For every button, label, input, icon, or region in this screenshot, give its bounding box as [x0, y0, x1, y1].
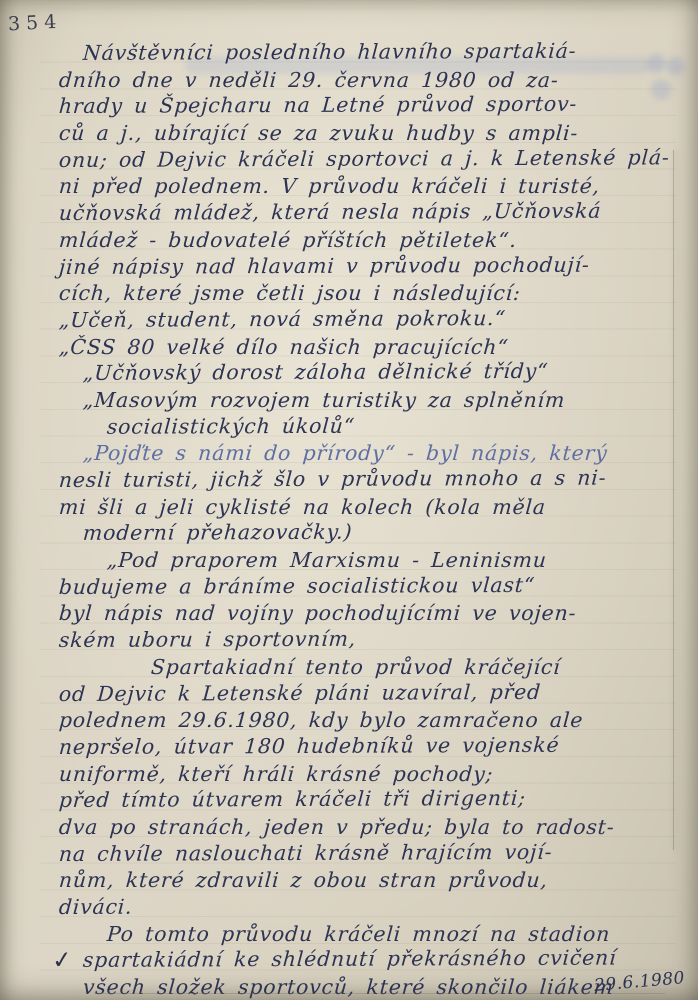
text-line: jiné nápisy nad hlavami v průvodu pochod… [58, 251, 685, 280]
text-line: „ČSS 80 velké dílo našich pracujících“ [58, 334, 685, 361]
text-line: na chvíle naslouchati krásně hrajícím vo… [58, 838, 685, 867]
text-line: nům, které zdravili z obou stran průvodu… [58, 867, 685, 894]
text-line: před tímto útvarem kráčeli tři dirigenti… [58, 785, 685, 814]
text-line: dva po stranách, jeden v předu; byla to … [58, 814, 685, 841]
check-mark: ✓ [51, 945, 74, 975]
text-line: polednem 29.6.1980, kdy bylo zamračeno a… [58, 707, 685, 734]
text-line: všech složek sportovců, které skončilo l… [58, 974, 685, 1000]
text-line: byl nápis nad vojíny pochodujícími ve vo… [58, 600, 685, 627]
text-line: ni před polednem. V průvodu kráčeli i tu… [58, 173, 685, 200]
text-line: cích, které jsme četli jsou i následujíc… [58, 280, 685, 307]
text-line: mi šli a jeli cyklisté na kolech (kola m… [58, 494, 685, 521]
text-line: učňovská mládež, která nesla nápis „Učňo… [58, 197, 685, 226]
text-line: nepršelo, útvar 180 hudebníků ve vojensk… [58, 731, 685, 760]
text-line: dního dne v neděli 29. června 1980 od za… [58, 67, 685, 94]
text-line: nesli turisti, jichž šlo v průvodu mnoho… [58, 464, 685, 493]
bottom-rule-line [95, 993, 665, 994]
text-line: Spartakiadní tento průvod kráčející [58, 654, 685, 681]
text-line: od Dejvic k Letenské pláni uzavíral, pře… [58, 678, 685, 707]
text-line: diváci. [58, 891, 685, 920]
page-number: 354 [7, 11, 62, 36]
text-line: „Učňovský dorost záloha dělnické třídy“ [58, 358, 685, 387]
text-line: budujeme a bráníme socialistickou vlast“ [58, 571, 685, 600]
text-line: uniformě, kteří hráli krásné pochody; [58, 761, 685, 788]
text-line: onu; od Dejvic kráčeli sportovci a j. k … [58, 144, 685, 173]
text-line: socialistických úkolů“ [58, 411, 685, 440]
text-line: „Pod praporem Marxismu - Leninismu [58, 547, 685, 574]
text-line: mládež - budovatelé příštích pětiletek“. [58, 227, 685, 254]
text-line: „Učeň, student, nová směna pokroku.“ [58, 304, 685, 333]
text-line: moderní přehazovačky.) [58, 518, 685, 547]
text-line: „Pojďte s námi do přírody“ - byl nápis, … [58, 440, 685, 467]
text-line: „Masovým rozvojem turistiky za splněním [58, 387, 685, 414]
text-line: ském uboru i sportovním, [58, 624, 685, 653]
text-line: ců a j., ubírající se za zvuku hudby s a… [58, 120, 685, 147]
text-line: Po tomto průvodu kráčeli mnozí na stadio… [58, 921, 685, 948]
text-line: spartakiádní ke shlédnutí překrásného cv… [58, 945, 685, 974]
text-lines: Návštěvníci posledního hlavního spartaki… [58, 40, 683, 1000]
text-line: hrady u Špejcharu na Letné průvod sporto… [58, 91, 685, 120]
text-line: Návštěvníci posledního hlavního spartaki… [58, 37, 685, 66]
